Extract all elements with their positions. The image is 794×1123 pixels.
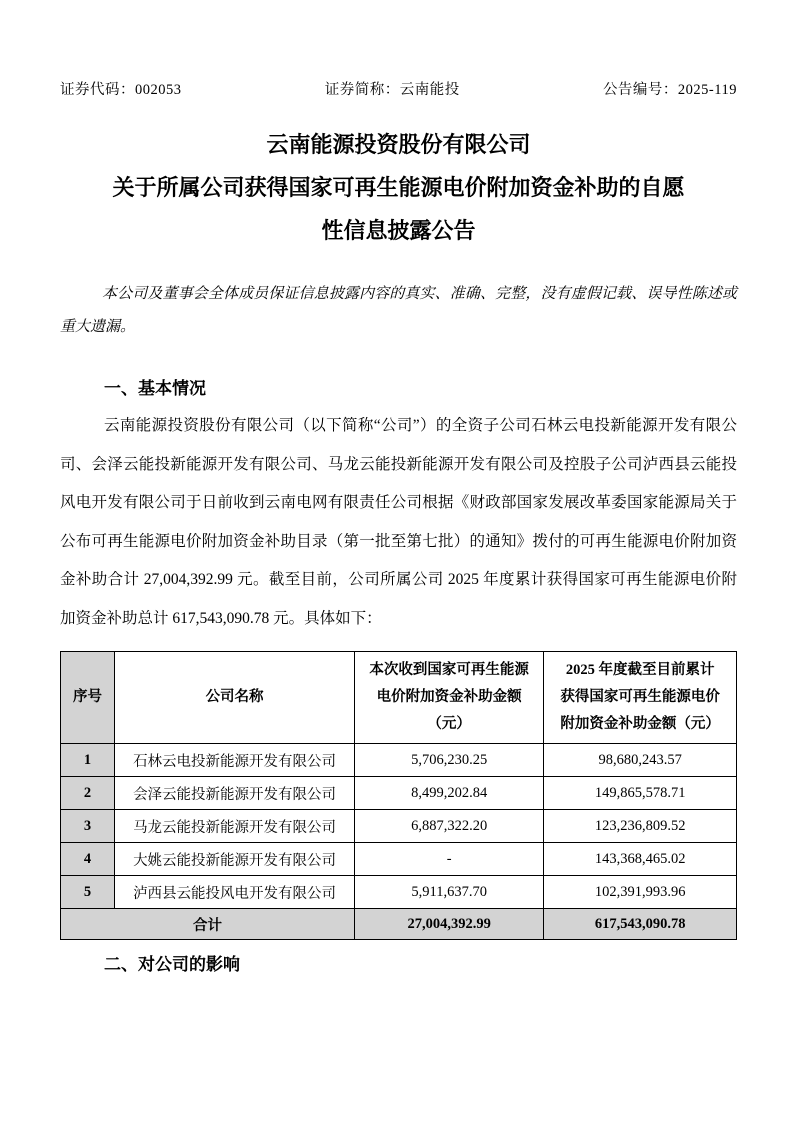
current-subsidy-cell: - [355,843,544,876]
section-heading-impact: 二、对公司的影响 [60,953,737,977]
stock-short-name: 证券简称：云南能投 [325,78,460,99]
serial-no-cell: 1 [61,744,115,777]
title-line-subject-2: 性信息披露公告 [60,209,737,252]
company-name-cell: 大姚云能投新能源开发有限公司 [115,843,355,876]
document-title: 云南能源投资股份有限公司 关于所属公司获得国家可再生能源电价附加资金补助的自愿 … [60,123,737,252]
subsidy-table: 序号 公司名称 本次收到国家可再生能源 电价附加资金补助金额 （元） 2025 … [60,651,737,940]
serial-no-cell: 3 [61,810,115,843]
table-total-row: 合计 27,004,392.99 617,543,090.78 [61,909,737,940]
company-name-cell: 马龙云能投新能源开发有限公司 [115,810,355,843]
table-row: 1 石林云电投新能源开发有限公司 5,706,230.25 98,680,243… [61,744,737,777]
current-subsidy-cell: 6,887,322.20 [355,810,544,843]
title-line-subject-1: 关于所属公司获得国家可再生能源电价附加资金补助的自愿 [60,166,737,209]
serial-no-cell: 2 [61,777,115,810]
table-row: 4 大姚云能投新能源开发有限公司 - 143,368,465.02 [61,843,737,876]
cumulative-subsidy-cell: 149,865,578.71 [544,777,737,810]
document-meta-header: 证券代码：002053 证券简称：云南能投 公告编号：2025-119 [60,78,737,99]
basic-info-paragraph: 云南能源投资股份有限公司（以下简称“公司”）的全资子公司石林云电投新能源开发有限… [60,407,737,638]
total-current-subsidy-cell: 27,004,392.99 [355,909,544,940]
cumulative-subsidy-cell: 98,680,243.57 [544,744,737,777]
col-header-company-name: 公司名称 [115,652,355,744]
table-row: 2 会泽云能投新能源开发有限公司 8,499,202.84 149,865,57… [61,777,737,810]
cumulative-subsidy-cell: 123,236,809.52 [544,810,737,843]
total-cumulative-subsidy-cell: 617,543,090.78 [544,909,737,940]
announcement-number: 公告编号：2025-119 [603,78,737,99]
table-row: 3 马龙云能投新能源开发有限公司 6,887,322.20 123,236,80… [61,810,737,843]
cumulative-subsidy-cell: 143,368,465.02 [544,843,737,876]
company-name-cell: 泸西县云能投风电开发有限公司 [115,876,355,909]
current-subsidy-cell: 8,499,202.84 [355,777,544,810]
stock-code: 证券代码：002053 [60,78,182,99]
total-label-cell: 合计 [61,909,355,940]
col-header-current-subsidy: 本次收到国家可再生能源 电价附加资金补助金额 （元） [355,652,544,744]
col-header-cumulative-subsidy: 2025 年度截至目前累计 获得国家可再生能源电价 附加资金补助金额（元） [544,652,737,744]
col-header-serial-no: 序号 [61,652,115,744]
document-page: 证券代码：002053 证券简称：云南能投 公告编号：2025-119 云南能源… [0,0,794,1123]
serial-no-cell: 4 [61,843,115,876]
serial-no-cell: 5 [61,876,115,909]
section-heading-basic-info: 一、基本情况 [60,377,737,401]
table-row: 5 泸西县云能投风电开发有限公司 5,911,637.70 102,391,99… [61,876,737,909]
company-name-cell: 会泽云能投新能源开发有限公司 [115,777,355,810]
cumulative-subsidy-cell: 102,391,993.96 [544,876,737,909]
company-name-cell: 石林云电投新能源开发有限公司 [115,744,355,777]
title-line-company: 云南能源投资股份有限公司 [60,123,737,166]
current-subsidy-cell: 5,911,637.70 [355,876,544,909]
table-header-row: 序号 公司名称 本次收到国家可再生能源 电价附加资金补助金额 （元） 2025 … [61,652,737,744]
current-subsidy-cell: 5,706,230.25 [355,744,544,777]
board-disclaimer: 本公司及董事会全体成员保证信息披露内容的真实、准确、完整，没有虚假记载、误导性陈… [60,278,737,344]
